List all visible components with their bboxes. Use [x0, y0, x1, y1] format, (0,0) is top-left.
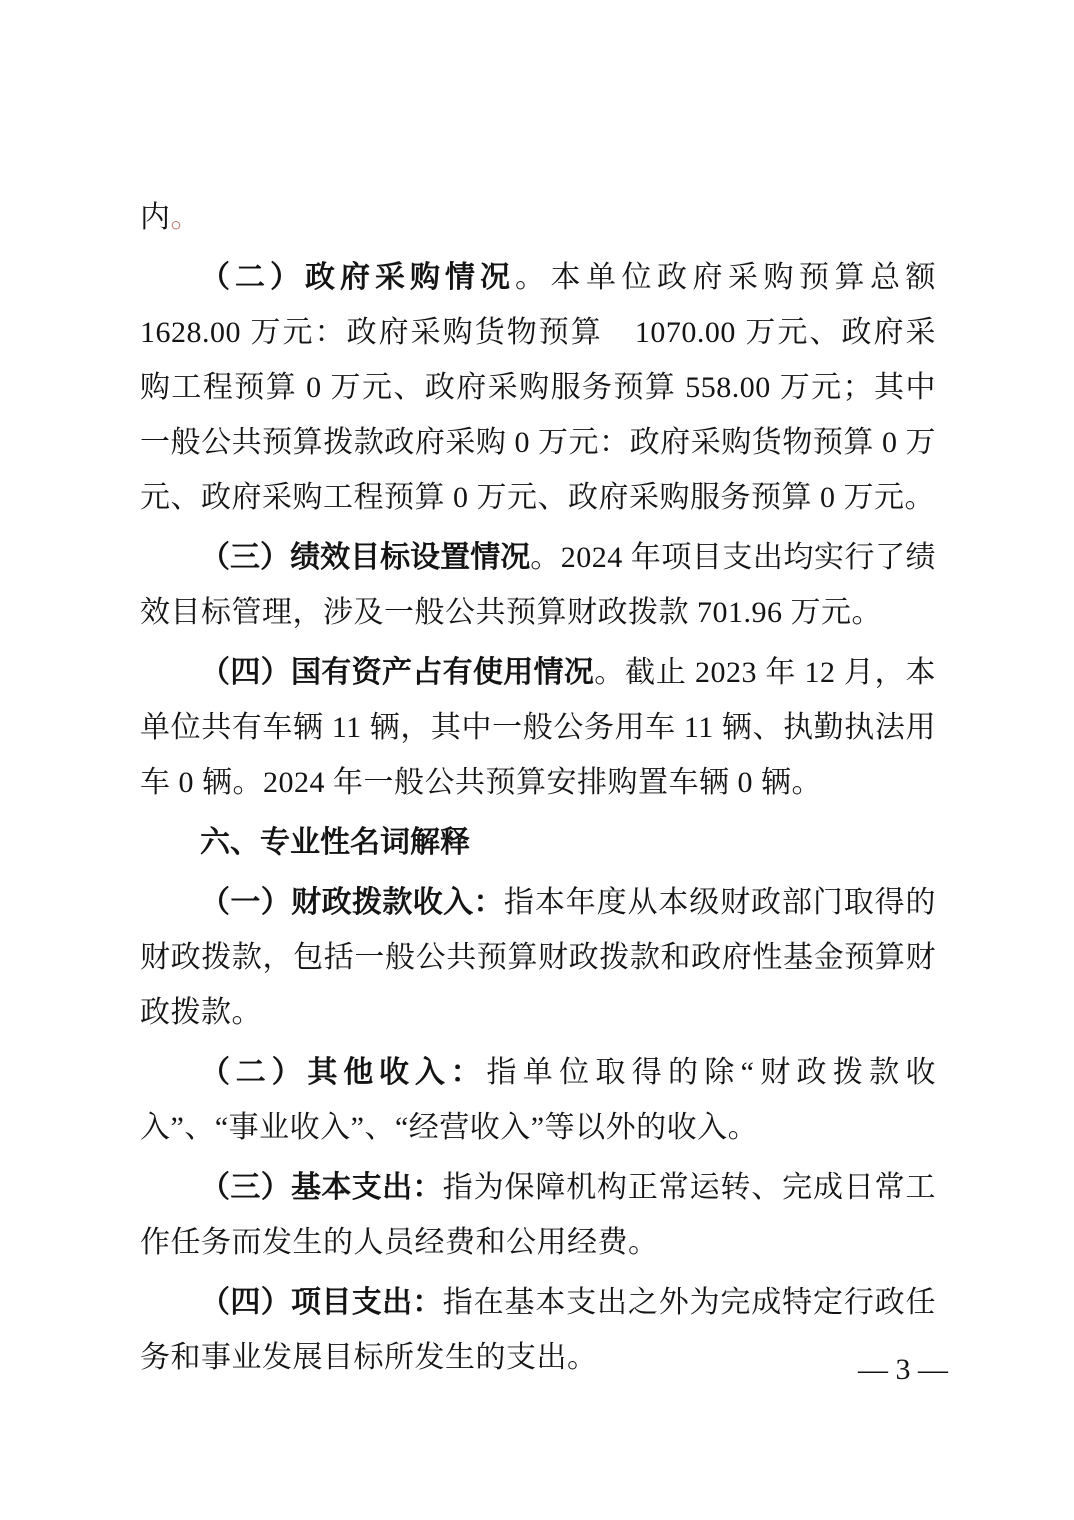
clause-title: （三）绩效目标设置情况	[200, 541, 530, 574]
page-footer: — 3 —	[858, 1350, 948, 1390]
paragraph-6: （一）财政拨款收入：指本年度从本级财政部门取得的财政拨款，包括一般公共预算财政拨…	[140, 875, 936, 1040]
paragraph-5: 六、专业性名词解释	[140, 815, 936, 870]
clause-title: （四）国有资产占有使用情况	[200, 656, 594, 689]
clause-title: （三）基本支出：	[200, 1171, 443, 1204]
clause-title: （一）财政拨款收入：	[200, 886, 504, 919]
document-body: 内。（二）政府采购情况。本单位政府采购预算总额 1628.00 万元：政府采购货…	[140, 190, 936, 1385]
section-heading: 六、专业性名词解释	[200, 826, 470, 859]
clause-title: （二）其他收入：	[200, 1056, 486, 1089]
paragraph-9: （四）项目支出：指在基本支出之外为完成特定行政任务和事业发展目标所发生的支出。	[140, 1275, 936, 1385]
paragraph-8: （三）基本支出：指为保障机构正常运转、完成日常工作任务而发生的人员经费和公用经费…	[140, 1160, 936, 1270]
red-period: 。	[171, 201, 202, 234]
document-page: 内。（二）政府采购情况。本单位政府采购预算总额 1628.00 万元：政府采购货…	[0, 0, 1074, 1520]
paragraph-1: 内。	[140, 190, 936, 245]
paragraph-7: （二）其他收入：指单位取得的除“财政拨款收入”、“事业收入”、“经营收入”等以外…	[140, 1045, 936, 1155]
text-run: 内	[140, 201, 171, 234]
page-number: — 3 —	[858, 1353, 948, 1386]
clause-title: （四）项目支出：	[200, 1286, 443, 1319]
text-run: 。本单位政府采购预算总额 1628.00 万元：政府采购货物预算 1070.00…	[140, 261, 936, 514]
paragraph-2: （二）政府采购情况。本单位政府采购预算总额 1628.00 万元：政府采购货物预…	[140, 250, 936, 525]
paragraph-3: （三）绩效目标设置情况。2024 年项目支出均实行了绩效目标管理，涉及一般公共预…	[140, 530, 936, 640]
clause-title: （二）政府采购情况	[200, 261, 515, 294]
paragraph-4: （四）国有资产占有使用情况。截止 2023 年 12 月，本单位共有车辆 11 …	[140, 645, 936, 810]
